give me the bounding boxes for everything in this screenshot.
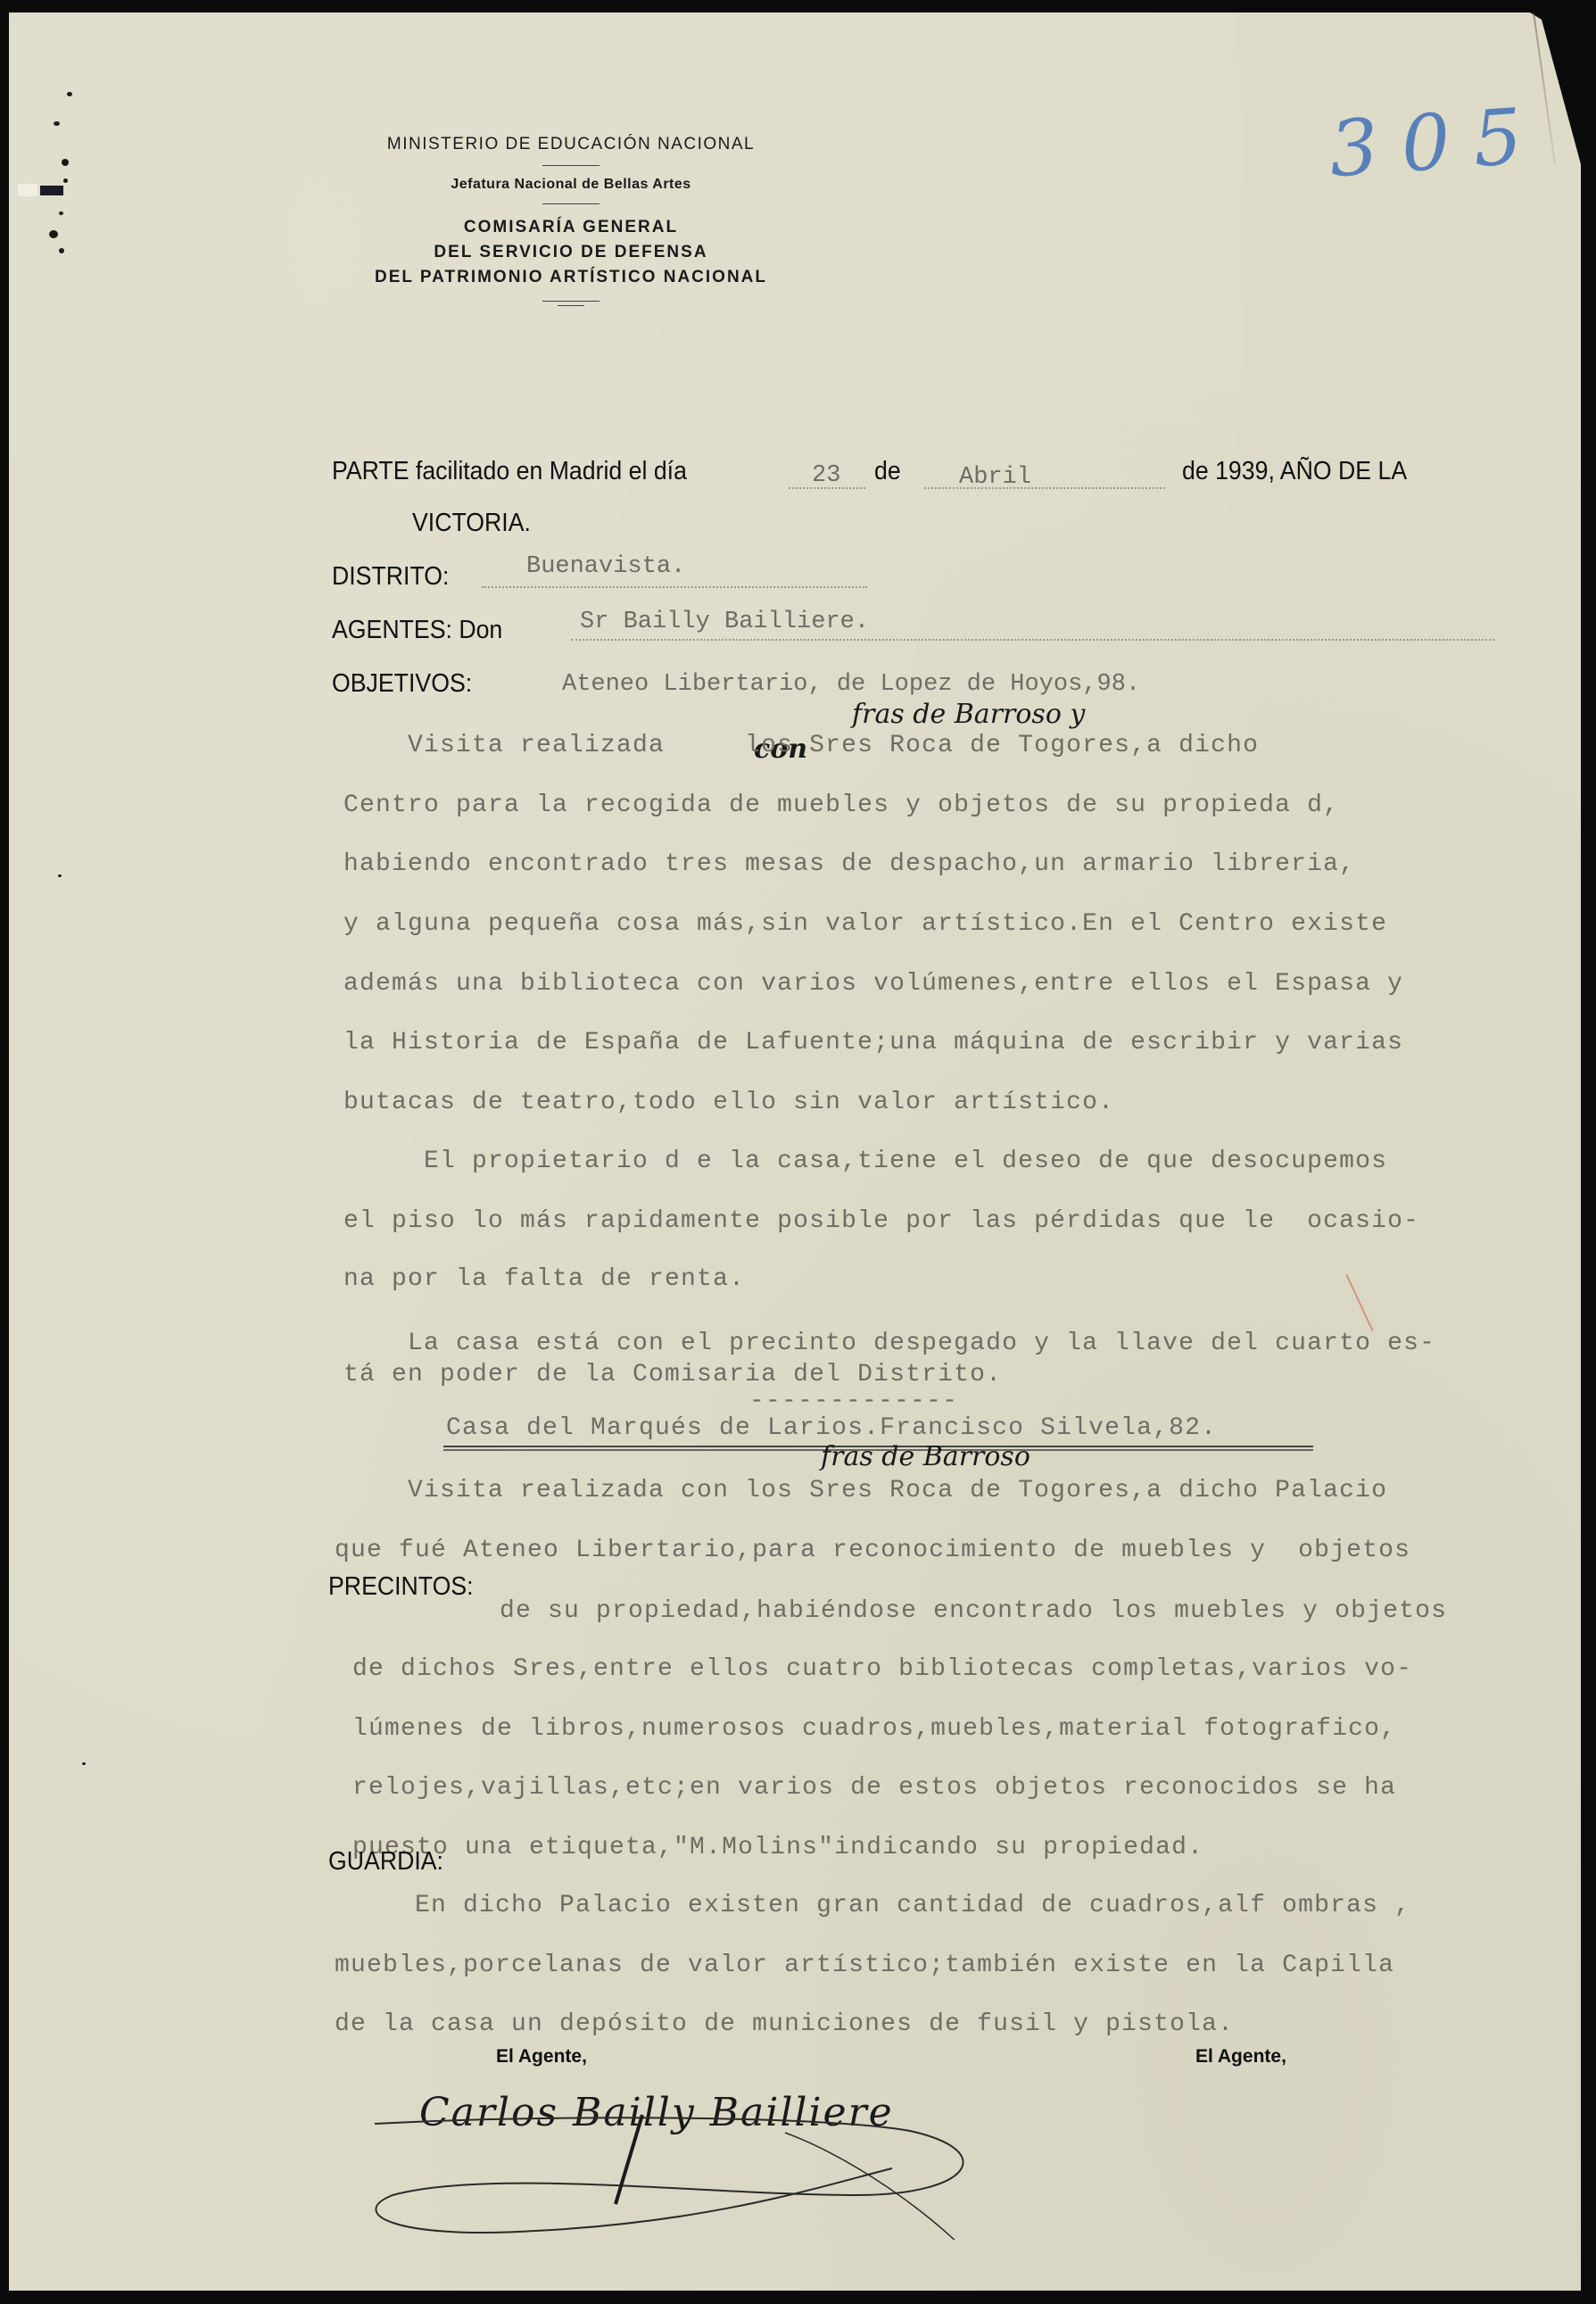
body-line: el piso lo más rapidamente posible por l… (343, 1207, 1419, 1235)
punch-mark (82, 1762, 86, 1765)
handwritten-insert: fras de Barroso y (852, 699, 1085, 730)
agentes-dotted-line (571, 639, 1494, 641)
de-label: de (874, 457, 901, 486)
body-line: lúmenes de libros,numerosos cuadros,mueb… (352, 1715, 1396, 1743)
comisaria-title: COMISARÍA GENERAL DEL SERVICIO DE DEFENS… (321, 215, 821, 290)
body-line: la Historia de España de Lafuente;una má… (343, 1029, 1403, 1057)
body-line: Visita realizada con los Sres Roca de To… (343, 1477, 1387, 1504)
body-line: además una biblioteca con varios volúmen… (343, 970, 1403, 998)
distrito-value: Buenavista. (526, 553, 685, 580)
body-line: que fué Ateneo Libertario,para reconocim… (335, 1537, 1410, 1564)
punch-mark (59, 211, 63, 215)
body-line: de la casa un depósito de municiones de … (335, 2010, 1234, 2038)
body-line: habiendo encontrado tres mesas de despac… (343, 850, 1355, 878)
tape-mark (18, 184, 37, 196)
punch-mark (49, 230, 58, 238)
comisaria-line: DEL SERVICIO DE DEFENSA (321, 240, 821, 265)
body-line: puesto una etiqueta,"M.Molins"indicando … (352, 1834, 1203, 1861)
body-line: muebles,porcelanas de valor artístico;ta… (335, 1952, 1394, 1979)
divider (542, 165, 600, 166)
separator-dashes: ------------- (749, 1388, 958, 1415)
punch-mark (63, 178, 68, 183)
divider (542, 301, 600, 302)
distrito-label: DISTRITO: (332, 562, 449, 592)
objetivos-label: OBJETIVOS: (332, 669, 472, 699)
agentes-label: AGENTES: Don (332, 616, 502, 645)
handwritten-insert: fras de Barroso (821, 1441, 1030, 1472)
precintos-label: PRECINTOS: (328, 1572, 474, 1602)
divider (558, 305, 584, 306)
letterhead: MINISTERIO DE EDUCACIÓN NACIONAL Jefatur… (321, 129, 821, 317)
section-heading: Casa del Marqués de Larios.Francisco Sil… (446, 1414, 1217, 1442)
punch-mark (54, 121, 60, 126)
punch-mark (59, 248, 64, 253)
body-line: tá en poder de la Comisaria del Distrito… (343, 1361, 1002, 1388)
body-line: En dicho Palacio existen gran cantidad d… (335, 1892, 1410, 1919)
objetivos-value: Ateneo Libertario, de Lopez de Hoyos,98. (562, 671, 1140, 698)
month-value: Abril (959, 464, 1031, 491)
right-agent-label: El Agente, (1195, 2046, 1286, 2068)
ministry-title: MINISTERIO DE EDUCACIÓN NACIONAL (321, 135, 821, 154)
year-label: de 1939, AÑO DE LA (1182, 457, 1407, 486)
comisaria-line: COMISARÍA GENERAL (321, 215, 821, 240)
body-line: de dichos Sres,entre ellos cuatro biblio… (352, 1655, 1412, 1683)
punch-mark (58, 874, 62, 877)
body-line: y alguna pequeña cosa más,sin valor artí… (343, 910, 1387, 938)
body-line: relojes,vajillas,etc;en varios de estos … (352, 1774, 1396, 1802)
parte-label: PARTE facilitado en Madrid el día (332, 457, 687, 486)
day-value: 23 (812, 462, 840, 489)
punch-mark (67, 92, 72, 96)
signature-flourish-icon (357, 2088, 999, 2240)
divider (542, 203, 600, 204)
body-line: de su propiedad,habiéndose encontrado lo… (500, 1597, 1447, 1625)
folio-number: 305 (1327, 91, 1549, 195)
victoria-label: VICTORIA. (412, 509, 531, 538)
left-agent-label: El Agente, (496, 2046, 587, 2068)
jefatura-title: Jefatura Nacional de Bellas Artes (321, 177, 821, 193)
body-line: na por la falta de renta. (343, 1265, 745, 1293)
body-line: La casa está con el precinto despegado y… (343, 1330, 1435, 1357)
punch-mark (62, 159, 69, 166)
distrito-dotted-line (482, 586, 867, 588)
body-line: Visita realizada los Sres Roca de Togore… (343, 732, 1259, 759)
comisaria-line: DEL PATRIMONIO ARTÍSTICO NACIONAL (321, 265, 821, 290)
agentes-value: Sr Bailly Bailliere. (580, 609, 869, 635)
body-line: butacas de teatro,todo ello sin valor ar… (343, 1089, 1114, 1116)
binding-tab (40, 186, 63, 195)
body-line: Centro para la recogida de muebles y obj… (343, 791, 1339, 819)
body-line: El propietario d e la casa,tiene el dese… (343, 1148, 1387, 1175)
guardia-label: GUARDIA: (328, 1847, 443, 1877)
